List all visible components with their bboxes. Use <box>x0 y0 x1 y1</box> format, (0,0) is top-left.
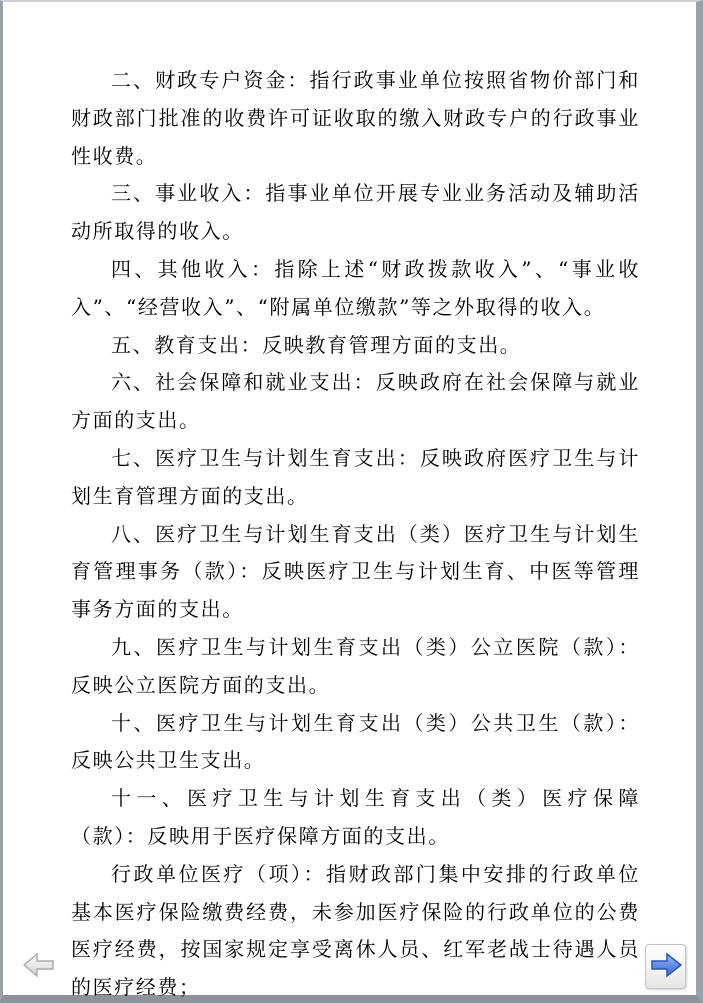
paragraph: 四、其他收入：指除上述“财政拨款收入”、“事业收入”、“经营收入”、“附属单位缴… <box>71 251 640 327</box>
paragraph: 五、教育支出：反映教育管理方面的支出。 <box>71 327 640 365</box>
paragraph: 三、事业收入：指事业单位开展专业业务活动及辅助活动所取得的收入。 <box>71 175 640 251</box>
document-body: 二、财政专户资金：指行政事业单位按照省物价部门和财政部门批准的收费许可证收取的缴… <box>71 62 640 1003</box>
paragraph: 十、医疗卫生与计划生育支出（类）公共卫生（款）：反映公共卫生支出。 <box>71 705 640 781</box>
paragraph: 六、社会保障和就业支出：反映政府在社会保障与就业方面的支出。 <box>71 364 640 440</box>
next-page-button[interactable] <box>645 944 686 989</box>
paragraph: 九、医疗卫生与计划生育支出（类）公立医院（款）：反映公立医院方面的支出。 <box>71 629 640 705</box>
document-page: 二、财政专户资金：指行政事业单位按照省物价部门和财政部门批准的收费许可证收取的缴… <box>0 0 703 1003</box>
paragraph: 十一、医疗卫生与计划生育支出（类）医疗保障（款）：反映用于医疗保障方面的支出。 <box>71 780 640 856</box>
document-viewer: 二、财政专户资金：指行政事业单位按照省物价部门和财政部门批准的收费许可证收取的缴… <box>0 0 703 1003</box>
paragraph: 八、医疗卫生与计划生育支出（类）医疗卫生与计划生育管理事务（款）：反映医疗卫生与… <box>71 516 640 629</box>
paragraph: 行政单位医疗（项）：指财政部门集中安排的行政单位基本医疗保险缴费经费，未参加医疗… <box>71 856 640 1003</box>
paragraph: 七、医疗卫生与计划生育支出：反映政府医疗卫生与计划生育管理方面的支出。 <box>71 440 640 516</box>
prev-page-button[interactable] <box>22 951 56 980</box>
arrow-left-icon <box>22 968 56 983</box>
arrow-right-icon <box>649 950 683 983</box>
paragraph: 二、财政专户资金：指行政事业单位按照省物价部门和财政部门批准的收费许可证收取的缴… <box>71 62 640 175</box>
